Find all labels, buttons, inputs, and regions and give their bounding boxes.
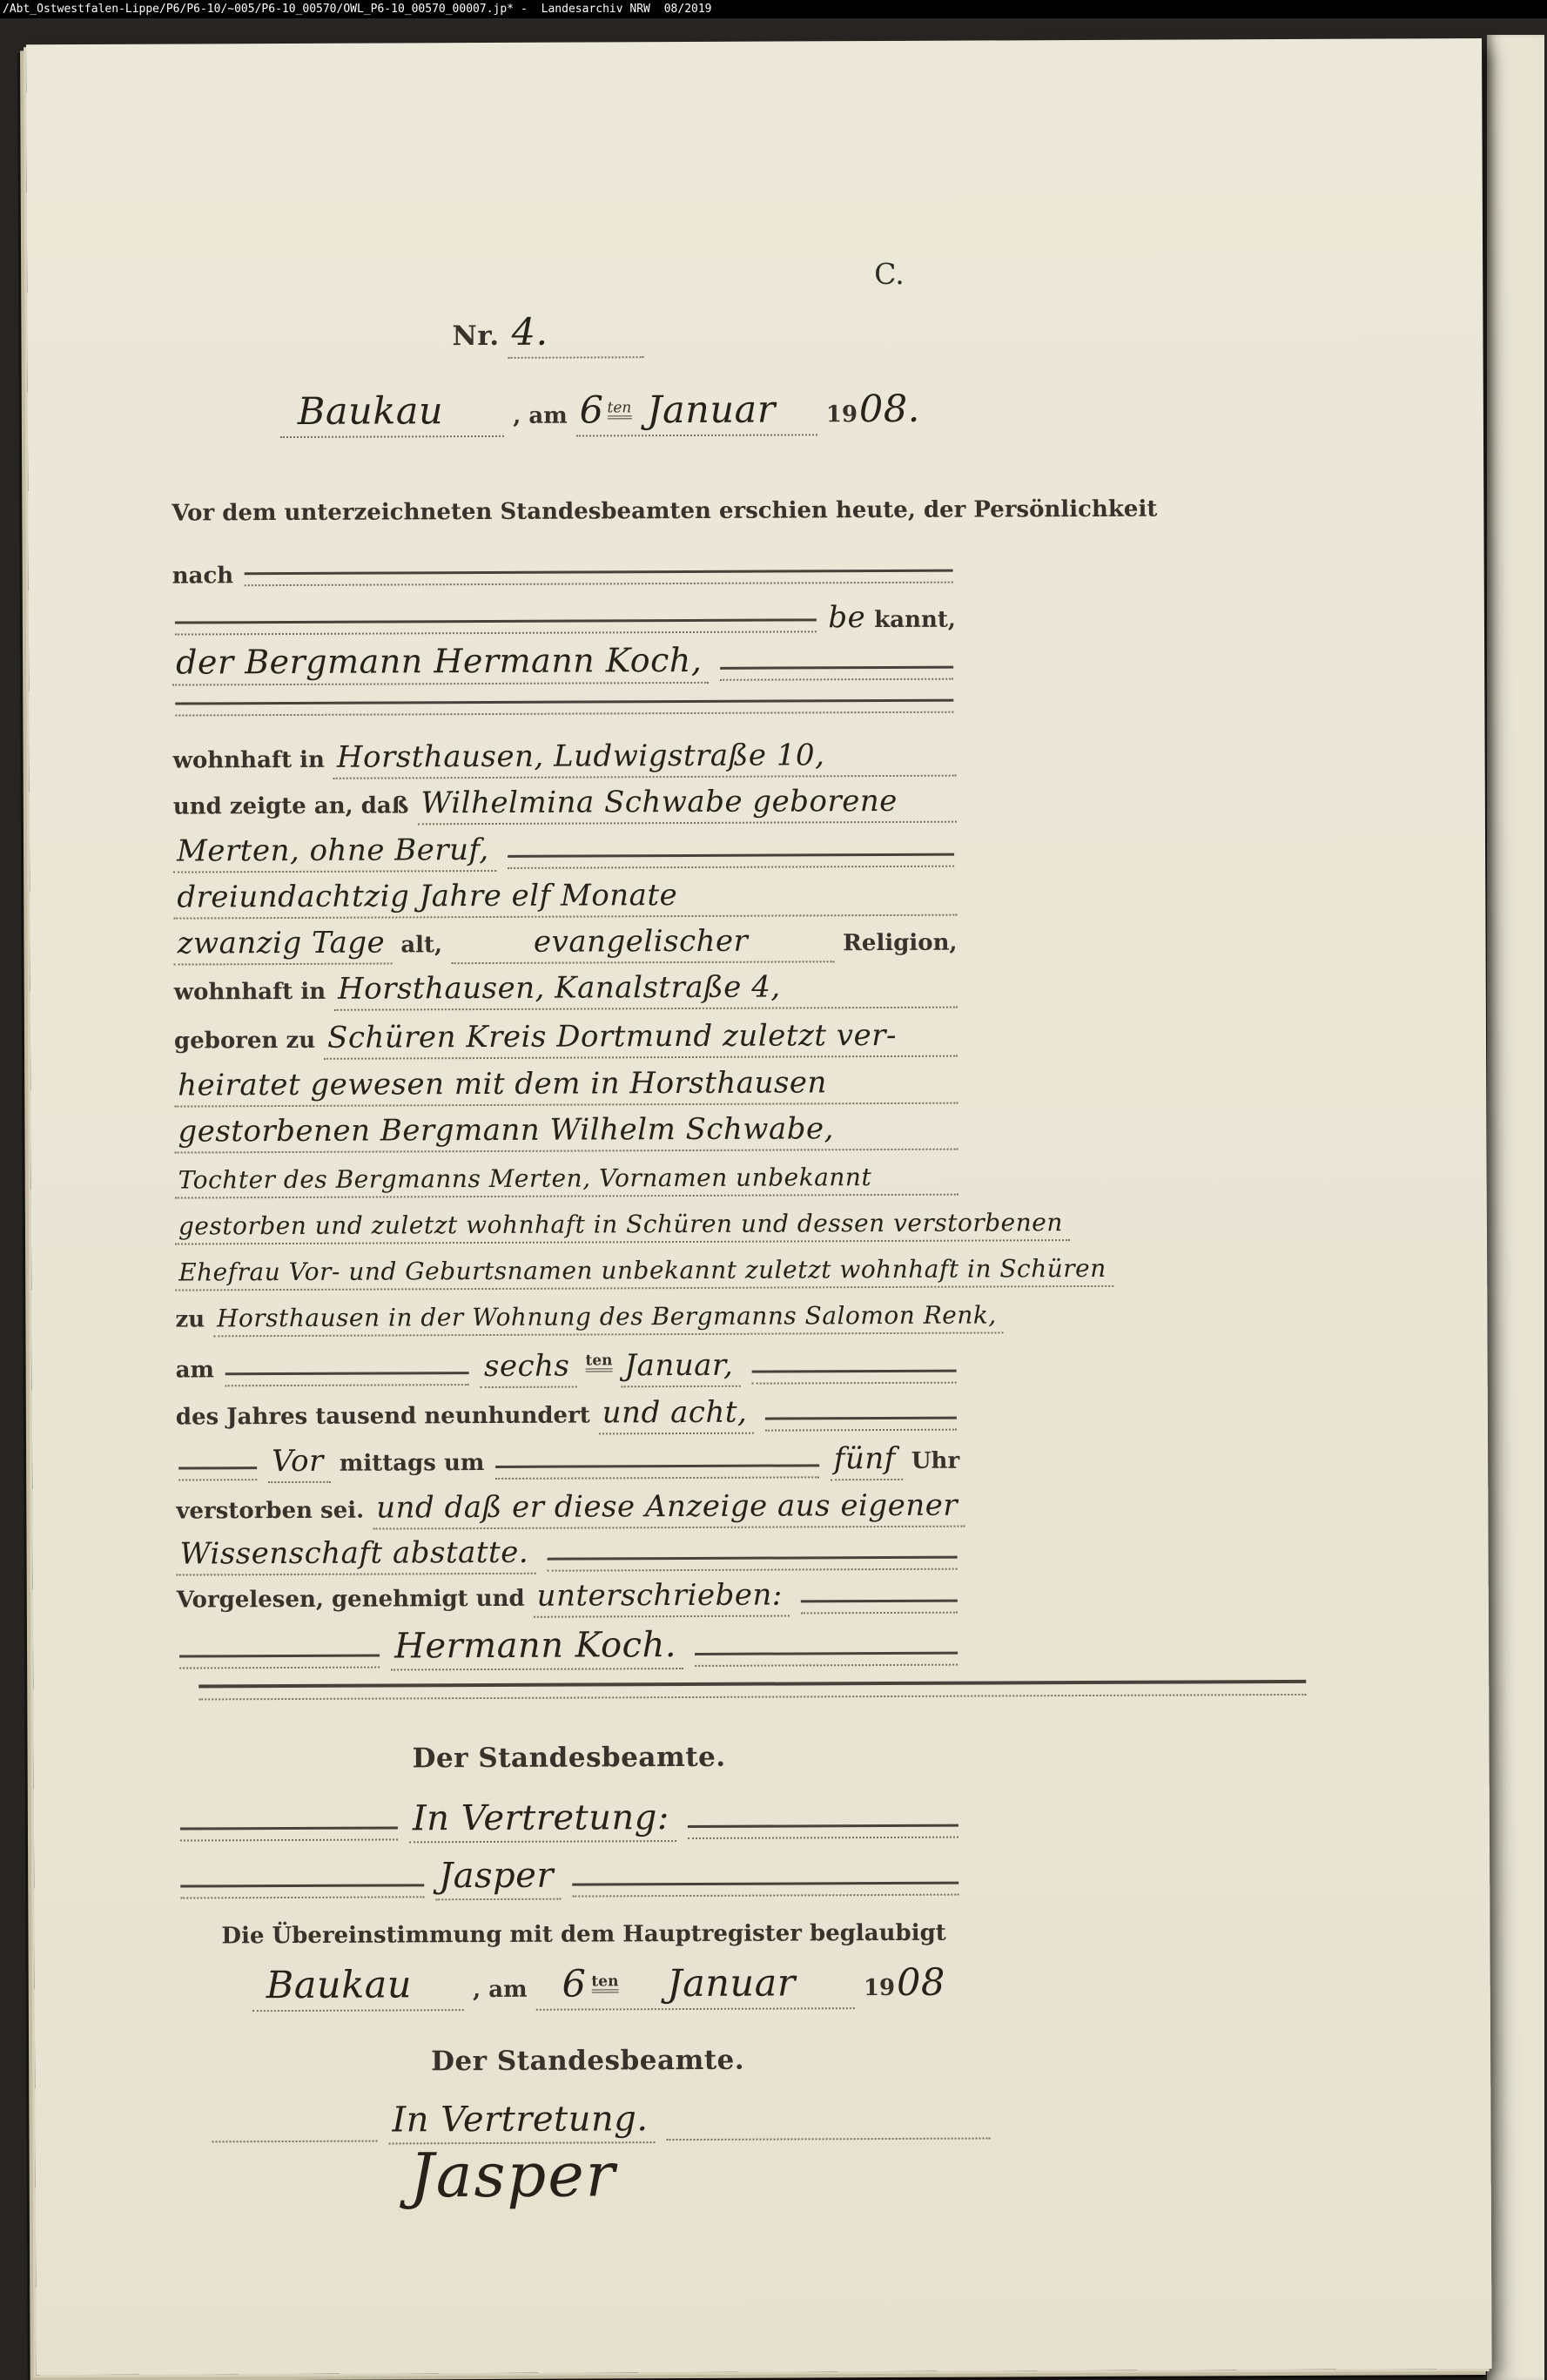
registrar1-deputy: In Vertretung: (409, 1797, 676, 1843)
printed-residence-label: wohnhaft in (173, 747, 325, 774)
hand-place-value: Horsthausen in der Wohnung des Bergmanns… (213, 1300, 1004, 1337)
registrar1-signature-row: Jasper (178, 1854, 961, 1902)
printed-report-label: und zeigte an, daß (173, 792, 409, 819)
body-line-residence2: wohnhaft in Horsthausen, Kanalstraße 4, (174, 969, 958, 1012)
dotted-fill (212, 2137, 378, 2143)
hand-religion: evangelischer (451, 923, 834, 964)
dateline-year-hand: 08. (859, 388, 920, 431)
register-page-content: C. Nr. 4. Baukau , am 6 ten Januar 19 08… (26, 38, 1492, 2375)
printed-alt-label: alt, (400, 932, 442, 958)
registrar2-deputy: In Vertretung. (388, 2099, 655, 2144)
rule-fill (180, 1826, 398, 1841)
hand-residence2-value: Horsthausen, Kanalstraße 4, (334, 969, 958, 1011)
rule-fill (572, 1882, 958, 1898)
rule-fill (720, 666, 953, 681)
rule-fill (751, 1370, 956, 1385)
printed-time-label2: Uhr (911, 1448, 959, 1474)
body-line-deathyear: des Jahres tausend neunhundert und acht, (176, 1394, 959, 1437)
rule-fill (765, 1417, 957, 1432)
hand-time1: Vor (268, 1444, 331, 1483)
dateline-day-month: 6 ten Januar (576, 388, 817, 436)
dateline-am-label: , am (513, 403, 568, 429)
dateline-row: Baukau , am 6 ten Januar 19 08. (280, 387, 1003, 438)
hand-closing: unterschrieben: (534, 1577, 790, 1617)
printed-intro1: Vor dem unterzeichneten Standesbeamten e… (172, 496, 1157, 527)
printed-date-label: am (176, 1357, 214, 1383)
certification-day: 6 (539, 1963, 586, 2006)
dateline-month: Januar (635, 388, 810, 432)
body-line-declarant-signature: Hermann Koch. (177, 1624, 960, 1672)
body-line-deathdate: am sechs ten Januar, (176, 1347, 959, 1390)
hand-declarant-signature: Hermann Koch. (391, 1625, 683, 1670)
rule-fill (495, 1464, 819, 1480)
registrar1-title-row: Der Standesbeamte. (178, 1741, 961, 1776)
rule-fill (688, 1824, 958, 1839)
body-line-married2: gestorbenen Bergmann Wilhelm Schwabe, (174, 1111, 958, 1154)
printed-time-label1: mittags um (340, 1450, 485, 1477)
dateline-ordinal: ten (607, 401, 631, 419)
body-line-knowledge2: Wissenschaft abstatte. (176, 1534, 959, 1576)
hand-married1: heiratet gewesen mit dem in Horsthausen (174, 1065, 958, 1108)
titlebar: /Abt_Ostwestfalen-Lippe/P6/P6-10/~005/P6… (0, 0, 1547, 18)
dateline-place: Baukau (280, 389, 505, 438)
rule-fill (175, 699, 953, 717)
titlebar-source: Landesarchiv NRW (541, 3, 650, 16)
rule-fill (508, 853, 954, 869)
hand-married2: gestorbenen Bergmann Wilhelm Schwabe, (174, 1111, 958, 1154)
registrar2-title: Der Standesbeamte. (431, 2045, 744, 2078)
record-number-label: Nr. (452, 320, 499, 352)
body-line-parents2: gestorben und zuletzt wohnhaft in Schüre… (175, 1209, 958, 1245)
printed-year-label: des Jahres tausend neunhundert (176, 1402, 590, 1430)
body-line-age1: dreiundachtzig Jahre elf Monate (173, 877, 957, 920)
viewer-window: { "titlebar": { "path": "/Abt_Ostwestfal… (0, 0, 1547, 2380)
body-line-intro2: nach (172, 560, 956, 590)
record-number-row: Nr. 4. (452, 310, 678, 359)
registrar2-signature: Jasper (410, 2139, 617, 2211)
hand-bekannt-prefix: be (828, 600, 865, 635)
hand-knowledge2: Wissenschaft abstatte. (176, 1535, 535, 1576)
hand-deceased-name2: Merten, ohne Beruf, (173, 833, 496, 873)
hand-knowledge1: und daß er diese Anzeige aus eigener (373, 1488, 965, 1530)
printed-bekannt: kannt, (874, 607, 956, 633)
hand-year-value: und acht, (599, 1395, 755, 1435)
body-line-deathtime: Vor mittags um fünf Uhr (176, 1441, 959, 1484)
certification-day-month: 6 ten Januar (535, 1961, 855, 2011)
body-line-parents3: Ehefrau Vor- und Geburtsnamen unbekannt … (175, 1255, 958, 1291)
certification-dateline: Baukau , am 6 ten Januar 19 08 (252, 1960, 1001, 2012)
facing-page-edge (1487, 35, 1544, 2380)
certification-place: Baukau (252, 1963, 465, 2012)
rule-fill (245, 570, 953, 587)
hand-deceased-name1: Wilhelmina Schwabe geborene (417, 784, 957, 826)
hand-parents2: gestorben und zuletzt wohnhaft in Schüre… (175, 1208, 1070, 1244)
registrar1-deputy-row: In Vertretung: (178, 1797, 961, 1844)
rule-fill (695, 1652, 958, 1667)
hand-residence-value: Horsthausen, Ludwigstraße 10, (333, 738, 957, 779)
body-line-deathplace: zu Horsthausen in der Wohnung des Bergma… (175, 1301, 958, 1338)
registrar2-signature-row: Jasper (410, 2138, 932, 2212)
rule-fill (547, 1556, 958, 1572)
body-rule-row (172, 699, 956, 719)
hand-age1: dreiundachtzig Jahre elf Monate (173, 877, 957, 920)
printed-place-label: zu (175, 1306, 205, 1332)
certification-am-label: , am (473, 1977, 528, 2003)
certification-text: Die Übereinstimmung mit dem Hauptregiste… (221, 1920, 945, 1950)
dateline-day: 6 (580, 388, 604, 432)
dateline-year-printed: 19 (826, 401, 858, 428)
registrar2-title-row: Der Standesbeamte. (431, 2044, 971, 2078)
body-line-deceased2: Merten, ohne Beruf, (173, 831, 957, 873)
body-line-age2: zwanzig Tage alt, evangelischer Religion… (173, 923, 957, 966)
form-corner-letter: C. (874, 257, 905, 291)
separator-rule (198, 1680, 1306, 1701)
rule-fill (175, 618, 817, 635)
body-line-bekannt: be kannt, (172, 600, 956, 638)
titlebar-file-path: /Abt_Ostwestfalen-Lippe/P6/P6-10/~005/P6… (3, 3, 514, 16)
hand-born-value: Schüren Kreis Dortmund zuletzt ver- (324, 1018, 958, 1060)
printed-date-ordinal: ten (585, 1353, 612, 1372)
rule-fill (225, 1372, 469, 1386)
hand-time2: fünf (831, 1441, 903, 1480)
certification-row: Die Übereinstimmung mit dem Hauptregiste… (221, 1919, 1005, 1949)
body-line-married1: heiratet gewesen mit dem in Horsthausen (174, 1065, 958, 1108)
record-number-value: 4. (508, 310, 643, 359)
body-line-intro1: Vor dem unterzeichneten Standesbeamten e… (172, 497, 955, 527)
body-line-parents1: Tochter des Bergmanns Merten, Vornamen u… (175, 1163, 958, 1199)
printed-closing: Vorgelesen, genehmigt und (177, 1586, 525, 1614)
certification-month: Januar (623, 1961, 848, 2006)
body-line-closing: Vorgelesen, genehmigt und unterschrieben… (177, 1577, 960, 1620)
hand-declarant: der Bergmann Hermann Koch, (172, 641, 709, 686)
certification-year-printed: 19 (864, 1975, 895, 2001)
printed-born-label: geboren zu (174, 1028, 315, 1055)
body-line-report: und zeigte an, daß Wilhelmina Schwabe ge… (173, 784, 957, 826)
titlebar-date: 08/2019 (664, 3, 712, 16)
body-line-died: verstorben sei. und daß er diese Anzeige… (176, 1488, 959, 1531)
printed-religion-label: Religion, (843, 930, 957, 957)
rule-fill (801, 1600, 958, 1615)
register-page: C. Nr. 4. Baukau , am 6 ten Januar 19 08… (26, 38, 1492, 2375)
printed-died-label: verstorben sei. (176, 1498, 364, 1525)
registrar1-title: Der Standesbeamte. (412, 1742, 725, 1775)
registrar1-signature: Jasper (435, 1856, 561, 1901)
body-line-born: geboren zu Schüren Kreis Dortmund zuletz… (174, 1018, 958, 1061)
rule-fill (179, 1655, 380, 1669)
body-line-residence: wohnhaft in Horsthausen, Ludwigstraße 10… (173, 738, 957, 780)
hand-date-month: Januar, (621, 1348, 740, 1388)
hand-parents3: Ehefrau Vor- und Geburtsnamen unbekannt … (175, 1254, 1113, 1291)
hand-date-day: sechs (481, 1349, 577, 1388)
rule-fill (180, 1884, 424, 1898)
hand-parents1: Tochter des Bergmanns Merten, Vornamen u… (175, 1163, 958, 1199)
certification-ordinal: ten (591, 1974, 618, 1992)
printed-residence2-label: wohnhaft in (174, 979, 326, 1006)
certification-year-hand: 08 (897, 1961, 945, 2005)
hand-age2: zwanzig Tage (173, 925, 392, 965)
titlebar-separator: - (521, 3, 528, 16)
body-line-declarant: der Bergmann Hermann Koch, (172, 640, 956, 686)
printed-intro2: nach (172, 563, 234, 589)
rule-fill (178, 1466, 257, 1480)
